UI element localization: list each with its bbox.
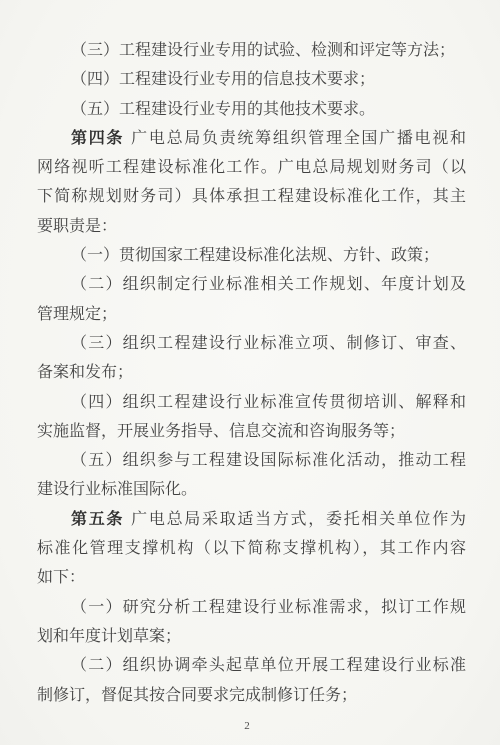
article-4-label: 第四条: [71, 130, 124, 147]
clause-line: （三）工程建设行业专用的试验、检测和评定等方法；: [37, 36, 466, 65]
clause-line: （二）组织协调牵头起草单位开展工程建设行业标准: [37, 651, 466, 680]
text-line: 网络视听工程建设标准化工作。广电总局规划财务司（以: [37, 153, 466, 182]
article-5-label: 第五条: [71, 511, 124, 528]
document-scan: { "page": { "number": "2", "background_c…: [0, 0, 500, 745]
document-page: （三）工程建设行业专用的试验、检测和评定等方法； （四）工程建设行业专用的信息技…: [0, 0, 500, 745]
clause-line: （五）工程建设行业专用的其他技术要求。: [37, 95, 466, 124]
text-line: 如下：: [37, 563, 466, 592]
text-line: 标准化管理支撑机构（以下简称支撑机构），其工作内容: [37, 534, 466, 563]
clause-line: （五）组织参与工程建设国际标准化活动，推动工程: [37, 446, 466, 475]
text-line: 划和年度计划草案；: [37, 622, 466, 651]
clause-line: （一）研究分析工程建设行业标准需求，拟订工作规: [37, 593, 466, 622]
page-number: 2: [37, 718, 457, 734]
text-line: 制修订，督促其按合同要求完成制修订任务；: [37, 681, 466, 710]
text-line: 下简称规划财务司）具体承担工程建设标准化工作，其主: [37, 182, 466, 211]
clause-line: （四）工程建设行业专用的信息技术要求；: [37, 65, 466, 94]
text-line: 备案和发布；: [37, 358, 466, 387]
article-4-text-start: 广电总局负责统筹组织管理全国广播电视和: [131, 130, 466, 147]
clause-line: （三）组织工程建设行业标准立项、制修订、审查、: [37, 329, 466, 358]
text-line: 要职责是：: [37, 212, 466, 241]
clause-line: （二）组织制定行业标准相关工作规划、年度计划及: [37, 270, 466, 299]
article-5-text-start: 广电总局采取适当方式，委托相关单位作为: [131, 511, 466, 528]
text-line: 实施监督，开展业务指导、信息交流和咨询服务等；: [37, 417, 466, 446]
text-block: （三）工程建设行业专用的试验、检测和评定等方法； （四）工程建设行业专用的信息技…: [37, 36, 466, 710]
text-line: 建设行业标准国际化。: [37, 475, 466, 504]
clause-line: （一）贯彻国家工程建设标准化法规、方针、政策；: [37, 241, 466, 270]
clause-line: （四）组织工程建设行业标准宣传贯彻培训、解释和: [37, 388, 466, 417]
text-line: 管理规定；: [37, 300, 466, 329]
article-4-heading-line: 第四条广电总局负责统筹组织管理全国广播电视和: [37, 124, 466, 153]
article-5-heading-line: 第五条广电总局采取适当方式，委托相关单位作为: [37, 505, 466, 534]
